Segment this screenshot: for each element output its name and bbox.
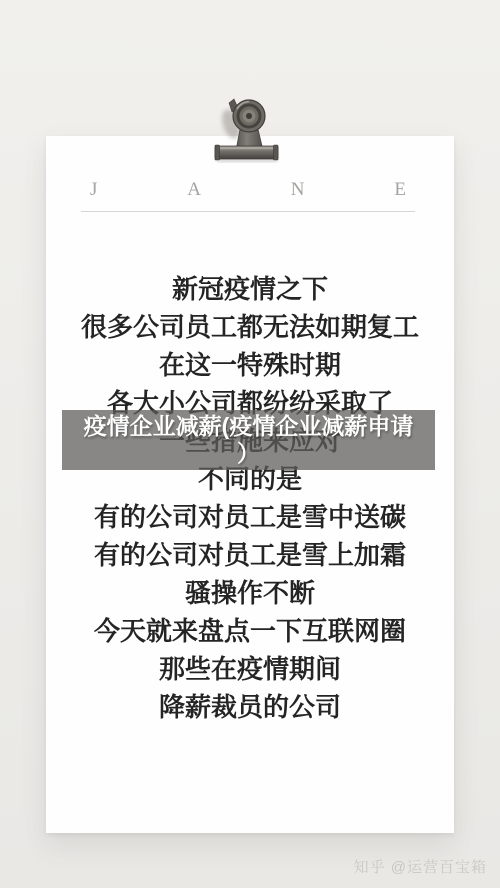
binder-clip-icon bbox=[210, 95, 292, 163]
poster-line: 那些在疫情期间 bbox=[46, 650, 454, 688]
poster-line: 降薪裁员的公司 bbox=[46, 688, 454, 726]
brand-letter: E bbox=[394, 178, 406, 202]
poster-line: 有的公司对员工是雪中送碳 bbox=[46, 498, 454, 536]
overlay-title-line1: 疫情企业减薪(疫情企业减薪申请 bbox=[62, 412, 435, 440]
brand-letter: N bbox=[291, 178, 305, 202]
poster-line: 在这一特殊时期 bbox=[46, 346, 454, 384]
watermark: 知乎 @运营百宝箱 bbox=[354, 856, 487, 877]
paper-card: J A N E 新冠疫情之下 很多公司员工都无法如期复工 在这一特殊时期 各大小… bbox=[46, 136, 454, 833]
poster-text-block: 新冠疫情之下 很多公司员工都无法如期复工 在这一特殊时期 各大小公司都纷纷采取了… bbox=[46, 270, 454, 726]
brand-letter: A bbox=[187, 178, 201, 202]
poster-line: 很多公司员工都无法如期复工 bbox=[46, 308, 454, 346]
title-overlay-banner: 疫情企业减薪(疫情企业减薪申请 ） bbox=[62, 410, 435, 470]
brand-divider bbox=[81, 211, 415, 212]
brand-letters: J A N E bbox=[90, 178, 406, 202]
poster-line: 有的公司对员工是雪上加霜 bbox=[46, 536, 454, 574]
poster-background: J A N E 新冠疫情之下 很多公司员工都无法如期复工 在这一特殊时期 各大小… bbox=[0, 0, 500, 888]
brand-letter: J bbox=[90, 178, 97, 202]
poster-line: 今天就来盘点一下互联网圈 bbox=[46, 612, 454, 650]
poster-line: 骚操作不断 bbox=[46, 574, 454, 612]
overlay-title-line2: ） bbox=[62, 440, 435, 466]
poster-line: 新冠疫情之下 bbox=[46, 270, 454, 308]
